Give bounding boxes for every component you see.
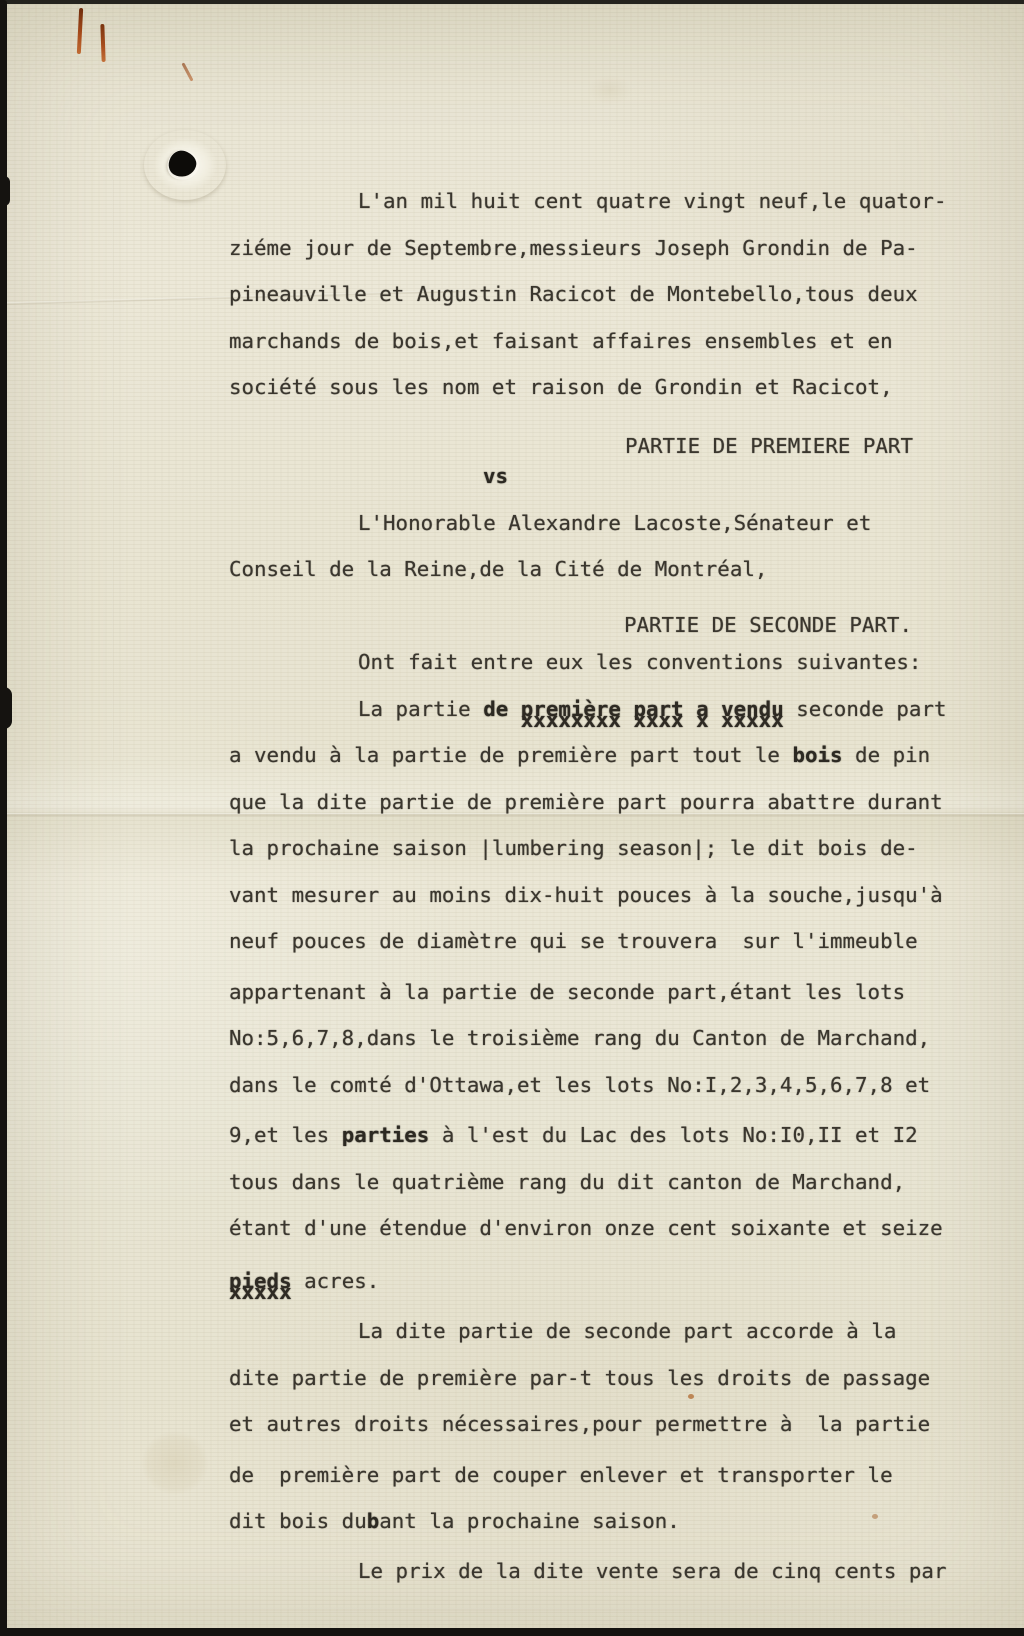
text-segment: Conseil de la Reine,de la Cité de Montré… bbox=[229, 557, 767, 581]
text-segment: de bbox=[483, 697, 521, 721]
scan-edge-left-bump bbox=[0, 687, 12, 729]
text-segment: ziéme jour de Septembre,messieurs Joseph… bbox=[229, 236, 918, 260]
typewritten-line: La partie de première part a vendu secon… bbox=[229, 686, 989, 733]
text-segment: ant la prochaine saison. bbox=[379, 1509, 680, 1533]
typewritten-line: No:5,6,7,8,dans le troisième rang du Can… bbox=[229, 1015, 989, 1062]
text-segment: Ont fait entre eux les conventions suiva… bbox=[358, 650, 921, 674]
typewritten-line: appartenant à la partie de seconde part,… bbox=[229, 969, 989, 1016]
text-segment: vant mesurer au moins dix-huit pouces à … bbox=[229, 883, 943, 907]
text-segment: de première part de couper enlever et tr… bbox=[229, 1463, 893, 1487]
text-segment: pineauville et Augustin Racicot de Monte… bbox=[229, 282, 918, 306]
text-segment: dit bois du bbox=[229, 1509, 367, 1533]
text-segment: No:5,6,7,8,dans le troisième rang du Can… bbox=[229, 1026, 930, 1050]
text-segment: b bbox=[367, 1509, 380, 1533]
text-segment: bois bbox=[792, 743, 842, 767]
text-segment: et autres droits nécessaires,pour permet… bbox=[229, 1412, 930, 1436]
typewritten-line: dit bois dubant la prochaine saison. bbox=[229, 1498, 989, 1545]
text-segment: 9,et les bbox=[229, 1123, 342, 1147]
typewritten-line: société sous les nom et raison de Grondi… bbox=[229, 364, 989, 411]
text-segment: à l'est du Lac des lots No:I0,II et I2 bbox=[429, 1123, 917, 1147]
text-segment: dans le comté d'Ottawa,et les lots No:I,… bbox=[229, 1073, 930, 1097]
text-segment: a vendu à la partie de première part tou… bbox=[229, 743, 792, 767]
typewritten-line: Conseil de la Reine,de la Cité de Montré… bbox=[229, 546, 989, 593]
typewritten-line: vant mesurer au moins dix-huit pouces à … bbox=[229, 872, 989, 919]
text-segment: PARTIE DE SECONDE PART. bbox=[624, 613, 912, 637]
typewritten-line: neuf pouces de diamètre qui se trouvera … bbox=[229, 918, 989, 965]
typewritten-line: ziéme jour de Septembre,messieurs Joseph… bbox=[229, 225, 989, 272]
text-segment: L'Honorable Alexandre Lacoste,Sénateur e… bbox=[358, 511, 871, 535]
text-segment: La dite partie de seconde part accorde à… bbox=[358, 1319, 896, 1343]
typewritten-line: Le prix de la dite vente sera de cinq ce… bbox=[229, 1548, 989, 1595]
fold-crease-lower bbox=[0, 1608, 1024, 1611]
scan-edge-left-bump bbox=[0, 176, 10, 206]
typewritten-line: 9,et les parties à l'est du Lac des lots… bbox=[229, 1112, 989, 1159]
text-segment: de pin bbox=[843, 743, 931, 767]
text-segment: marchands de bois,et faisant affaires en… bbox=[229, 329, 893, 353]
text-segment: la prochaine saison |lumbering season|; … bbox=[229, 836, 918, 860]
text-segment: L'an mil huit cent quatre vingt neuf,le … bbox=[358, 189, 946, 213]
text-segment: PARTIE DE PREMIERE PART bbox=[625, 434, 913, 458]
typewritten-line: L'Honorable Alexandre Lacoste,Sénateur e… bbox=[229, 500, 989, 547]
red-pen-mark bbox=[100, 24, 105, 62]
struck-out-text: pieds bbox=[229, 1269, 292, 1293]
typewritten-line: La dite partie de seconde part accorde à… bbox=[229, 1308, 989, 1355]
paper-stain bbox=[130, 1420, 220, 1506]
struck-out-text: première part a vendu bbox=[521, 697, 784, 721]
typewritten-line: pineauville et Augustin Racicot de Monte… bbox=[229, 271, 989, 318]
typewritten-line: Ont fait entre eux les conventions suiva… bbox=[229, 639, 989, 686]
red-pen-speck bbox=[181, 62, 193, 81]
typewritten-text-block: L'an mil huit cent quatre vingt neuf,le … bbox=[229, 178, 989, 1594]
typewritten-line: dans le comté d'Ottawa,et les lots No:I,… bbox=[229, 1062, 989, 1109]
typewritten-line: de première part de couper enlever et tr… bbox=[229, 1452, 989, 1499]
text-segment: neuf pouces de diamètre qui se trouvera … bbox=[229, 929, 918, 953]
typewritten-line: marchands de bois,et faisant affaires en… bbox=[229, 318, 989, 365]
text-segment: vs bbox=[483, 464, 508, 488]
scan-edge-left bbox=[0, 0, 7, 1636]
scanned-document-page: L'an mil huit cent quatre vingt neuf,le … bbox=[0, 0, 1024, 1636]
scan-edge-bottom bbox=[0, 1628, 1024, 1636]
text-segment: dite partie de première par-t tous les d… bbox=[229, 1366, 930, 1390]
typewritten-line: dite partie de première par-t tous les d… bbox=[229, 1355, 989, 1402]
text-segment: parties bbox=[342, 1123, 430, 1147]
text-segment: appartenant à la partie de seconde part,… bbox=[229, 980, 905, 1004]
text-segment: seconde part bbox=[784, 697, 947, 721]
text-segment: La partie bbox=[358, 697, 483, 721]
typewritten-line: étant d'une étendue d'environ onze cent … bbox=[229, 1205, 989, 1252]
fold-crease-vertical bbox=[112, 180, 114, 760]
text-segment: Le prix de la dite vente sera de cinq ce… bbox=[358, 1559, 946, 1583]
typewritten-line: la prochaine saison |lumbering season|; … bbox=[229, 825, 989, 872]
text-segment: que la dite partie de première part pour… bbox=[229, 790, 943, 814]
typewritten-line: L'an mil huit cent quatre vingt neuf,le … bbox=[229, 178, 989, 225]
text-segment: étant d'une étendue d'environ onze cent … bbox=[229, 1216, 943, 1240]
text-segment: tous dans le quatrième rang du dit canto… bbox=[229, 1170, 905, 1194]
text-segment: société sous les nom et raison de Grondi… bbox=[229, 375, 893, 399]
typewritten-line: et autres droits nécessaires,pour permet… bbox=[229, 1401, 989, 1448]
paper-stain bbox=[580, 70, 640, 110]
text-segment: acres. bbox=[292, 1269, 380, 1293]
scan-edge-top bbox=[0, 0, 1024, 4]
red-pen-mark bbox=[77, 8, 83, 54]
typewritten-line: pieds acres. bbox=[229, 1258, 989, 1305]
typewritten-line: tous dans le quatrième rang du dit canto… bbox=[229, 1159, 989, 1206]
typewritten-line: que la dite partie de première part pour… bbox=[229, 779, 989, 826]
